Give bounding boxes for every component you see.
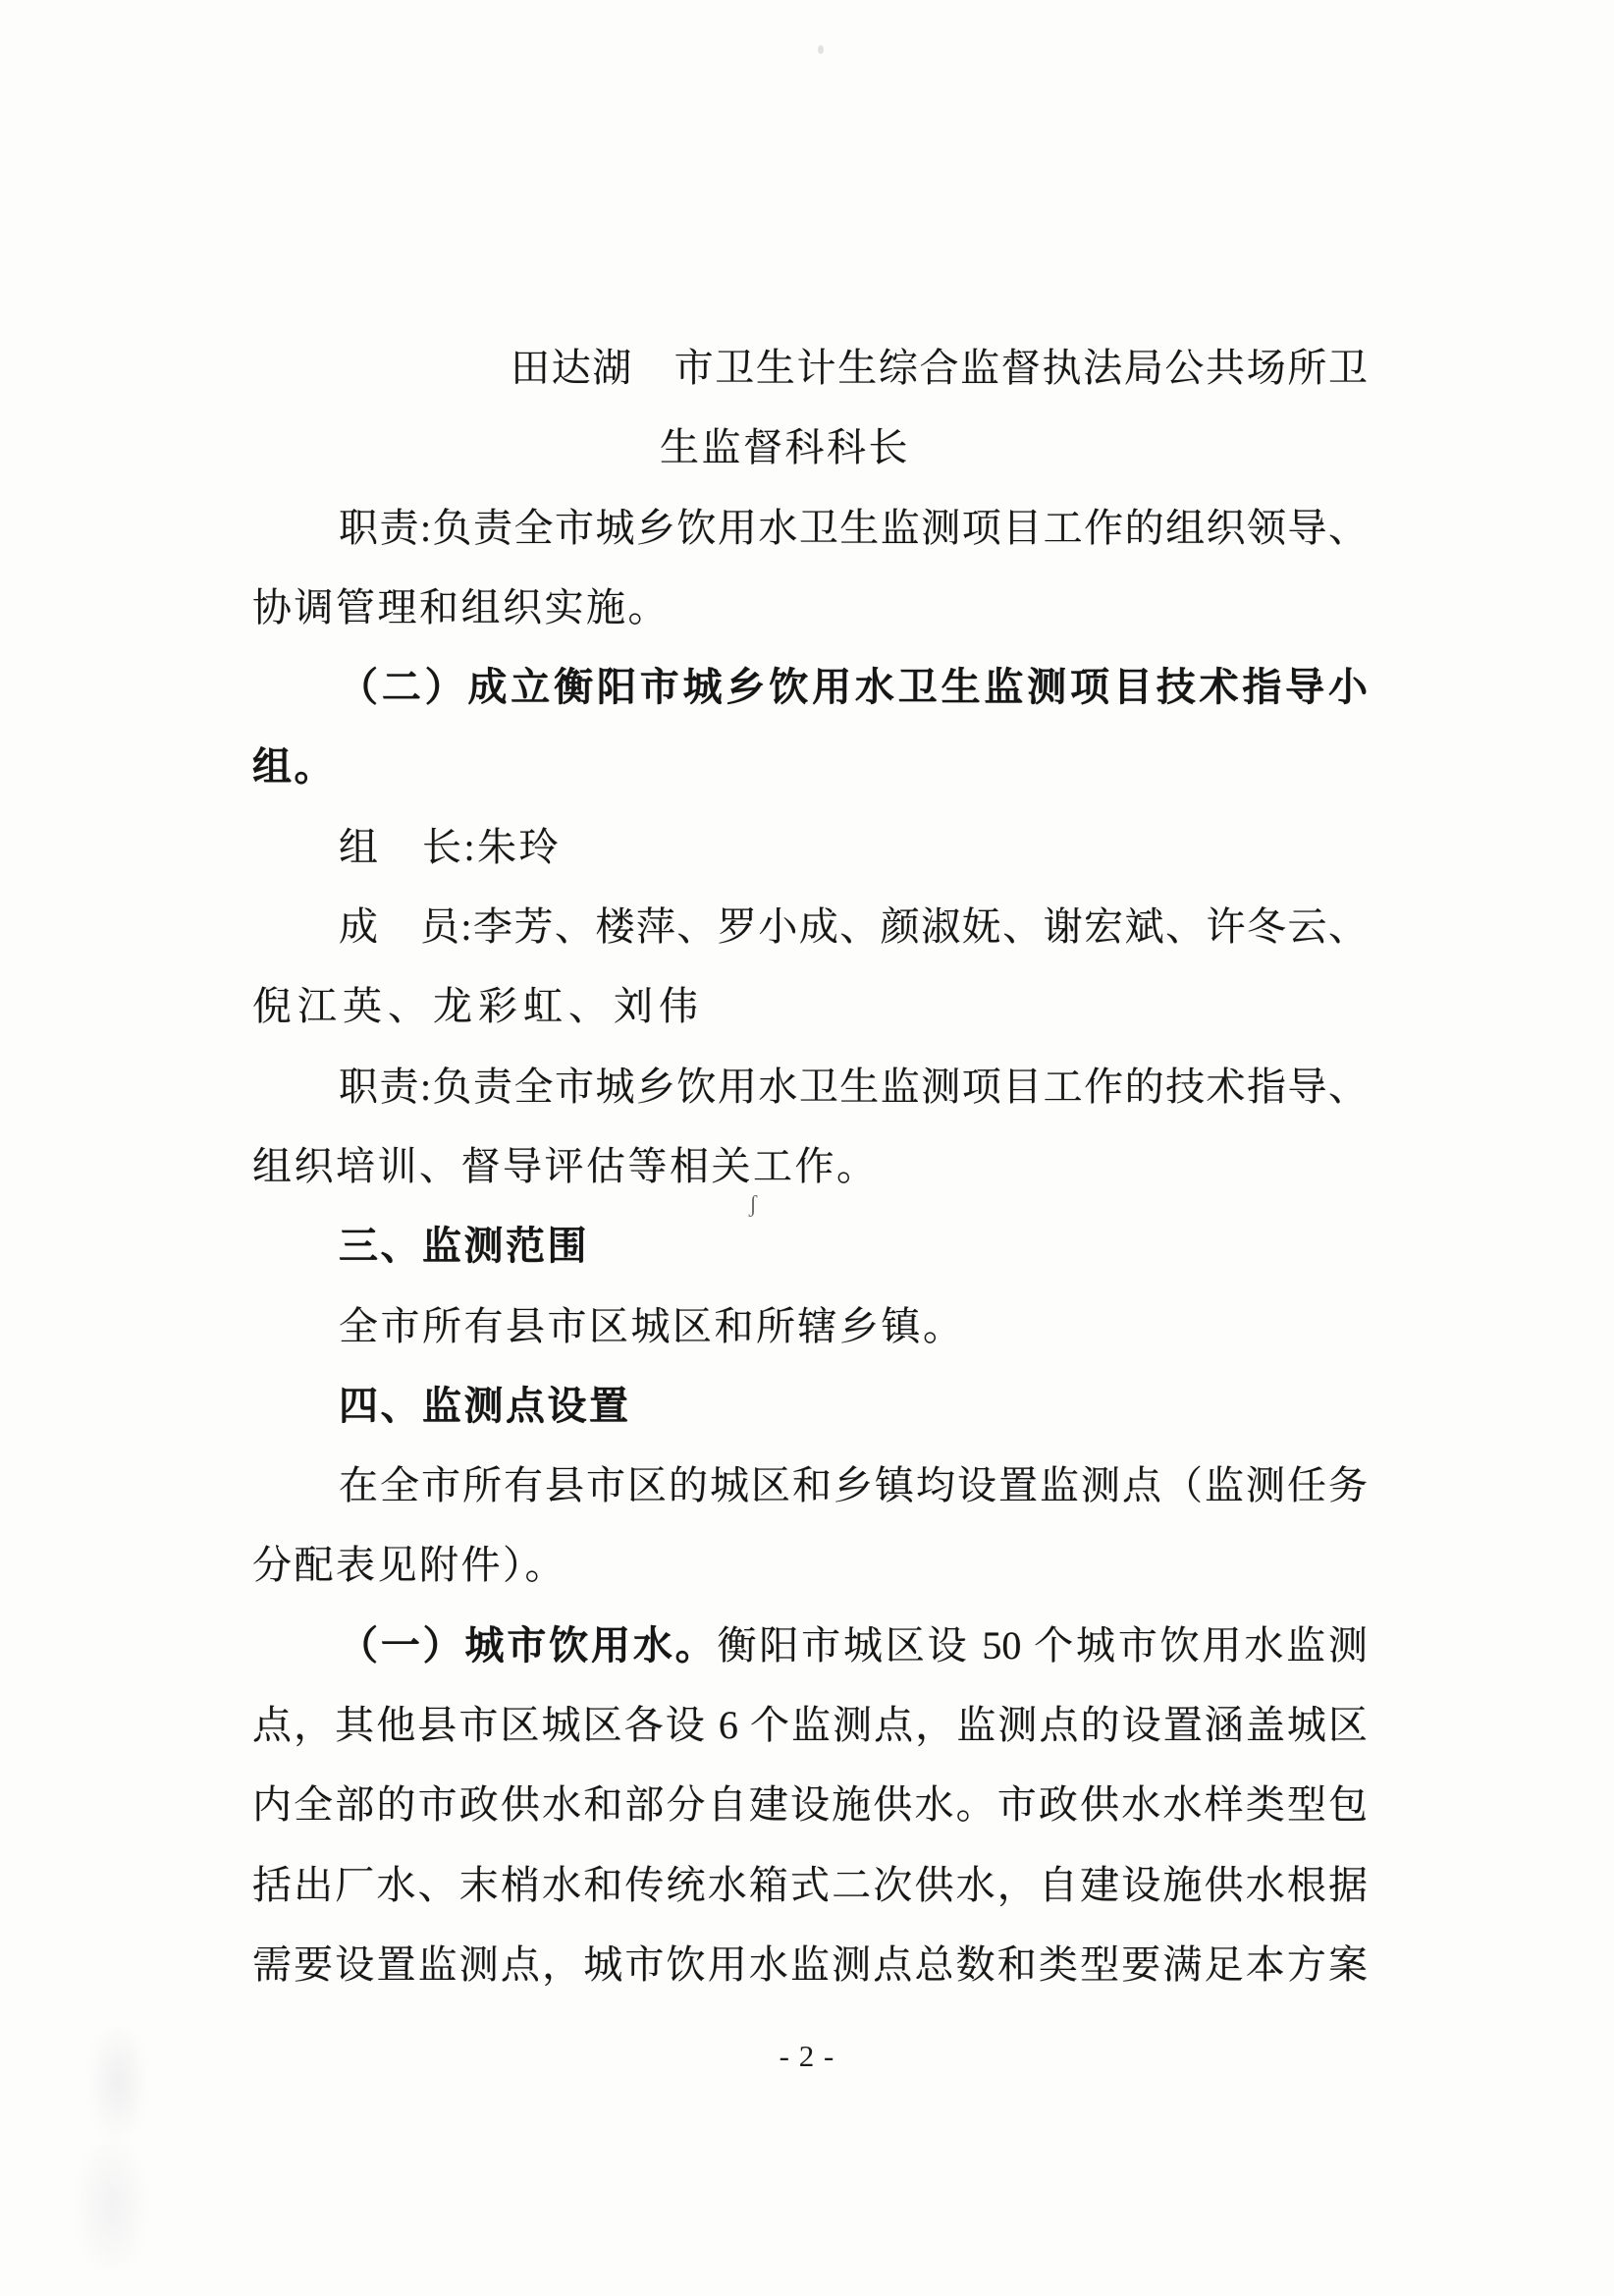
document-page: 田达湖 市卫生计生综合监督执法局公共场所卫生监督科科长职责:负责全市城乡饮用水卫… — [0, 0, 1614, 2296]
text-line: 职责:负责全市城乡饮用水卫生监测项目工作的组织领导、 — [339, 488, 1368, 568]
text-line: 点，其他县市区城区各设 6 个监测点，监测点的设置涵盖城区 — [252, 1685, 1368, 1765]
text-line: 田达湖 市卫生计生综合监督执法局公共场所卫 — [511, 328, 1368, 408]
heading-line: （二）成立衡阳市城乡饮用水卫生监测项目技术指导小 — [339, 647, 1368, 727]
text-line: 分配表见附件）。 — [252, 1525, 1368, 1605]
page-number: - 2 - — [0, 2039, 1614, 2074]
text-line: 组 长:朱玲 — [339, 807, 1368, 887]
text-line: 内全部的市政供水和部分自建设施供水。市政供水水样类型包 — [252, 1765, 1368, 1844]
text-line: 生监督科科长 — [660, 408, 1368, 487]
text-line: 倪江英、龙彩虹、刘伟 — [252, 966, 1368, 1046]
text-line: 需要设置监测点，城市饮用水监测点总数和类型要满足本方案 — [252, 1925, 1368, 2004]
scan-artifact-mark: ʃ — [749, 1190, 757, 1220]
heading-line: 三、监测范围ʃ — [339, 1206, 1368, 1285]
text-line: 组织培训、督导评估等相关工作。 — [252, 1126, 1368, 1206]
text-line: 括出厂水、末梢水和传统水箱式二次供水，自建设施供水根据 — [252, 1845, 1368, 1925]
text-line: 职责:负责全市城乡饮用水卫生监测项目工作的技术指导、 — [339, 1047, 1368, 1126]
text-line: 在全市所有县市区的城区和乡镇均设置监测点（监测任务 — [339, 1446, 1368, 1525]
text-line: 成 员:李芳、楼萍、罗小成、颜淑妩、谢宏斌、许冬云、 — [339, 887, 1368, 966]
heading-line: 四、监测点设置 — [339, 1366, 1368, 1446]
text-line: （一）城市饮用水。衡阳市城区设 50 个城市饮用水监测 — [339, 1606, 1368, 1685]
heading-line: 组。 — [252, 727, 1368, 806]
text-block: 田达湖 市卫生计生综合监督执法局公共场所卫生监督科科长职责:负责全市城乡饮用水卫… — [252, 328, 1368, 2004]
heading-run: （一）城市饮用水。 — [339, 1623, 718, 1667]
text-line: 全市所有县市区城区和所辖乡镇。 — [339, 1286, 1368, 1366]
text-line: 协调管理和组织实施。 — [252, 568, 1368, 647]
scan-speck — [818, 45, 824, 54]
